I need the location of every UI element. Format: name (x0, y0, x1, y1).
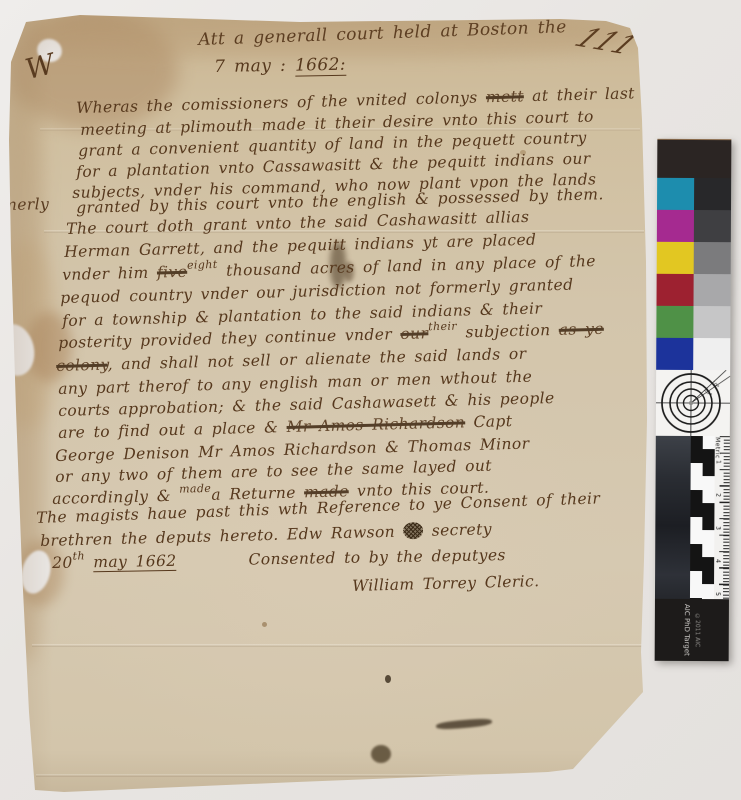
closing-line4: William Torrey Cleric. (352, 572, 540, 595)
manuscript-word-span: brethren the deputs hereto. Edw Rawson (40, 522, 404, 550)
manuscript-word-span: our (400, 324, 428, 343)
photograph-scene: Att a generall court held at Boston the7… (0, 0, 741, 800)
manuscript-word-span: mett (486, 87, 524, 106)
manuscript-word-span: 20 (52, 554, 73, 572)
manuscript-word-span: colony (56, 356, 108, 375)
gray-patch (693, 306, 730, 338)
ruler-scale: Metric 12345 (690, 436, 730, 599)
target-color-rows (656, 178, 731, 370)
manuscript-word-span: 1662: (295, 55, 346, 77)
gray-patch (694, 242, 731, 274)
manuscript-text-layer: Att a generall court held at Boston the7… (0, 0, 741, 800)
gray-patch (693, 338, 730, 370)
ruler-checkerboard-a (690, 436, 703, 599)
manuscript-word-span: five (157, 263, 188, 282)
ruler-dark-film (655, 436, 691, 599)
manuscript-word-span: subjection (457, 321, 559, 342)
bullseye-resolution-target: 10° 20° (656, 370, 730, 436)
target-patch-row-2 (657, 210, 731, 242)
ruler-number-1: 1 (715, 460, 722, 464)
closing-line2: brethren the deputs hereto. Edw Rawson s… (40, 520, 492, 550)
manuscript-word-span: Att a generall court held at Boston the (198, 17, 567, 50)
manuscript-word-span: William Torrey Cleric. (352, 572, 540, 595)
heading-line-2: 7 may : 1662: (214, 55, 346, 77)
manuscript-word-span: 7 may : (214, 56, 295, 77)
manuscript-paper: Att a generall court held at Boston the7… (0, 0, 741, 800)
spacer (177, 565, 249, 566)
ruler-checkerboard-b (702, 436, 715, 599)
manuscript-word-span: Mr Amos Richardson (286, 413, 465, 436)
manuscript-word-span: as ye (559, 320, 605, 339)
target-ruler-section: Metric 12345 (655, 436, 730, 599)
target-copyright: ©2011 AIC (694, 613, 701, 647)
manuscript-word-span: made (179, 482, 211, 496)
target-black-patch (657, 140, 731, 178)
gray-patch (694, 178, 731, 210)
ink-blot (403, 522, 423, 540)
manuscript-word-span: Consented to by the deputyes (248, 546, 506, 568)
heading-line-1: Att a generall court held at Boston the (198, 17, 567, 50)
manuscript-word-span: secrety (423, 520, 492, 540)
closing-line3: 20th may 1662Consented to by the deputye… (52, 546, 506, 572)
ruler-number-3: 3 (714, 526, 721, 530)
target-patch-row-4 (657, 274, 731, 306)
target-patch-row-6 (656, 338, 730, 370)
target-patch-row-3 (657, 242, 731, 274)
target-brand-section: AIC PhD Target ©2011 AIC (655, 599, 729, 661)
manuscript-word-span: eight (187, 258, 218, 272)
manuscript-word-span: Capt (465, 412, 513, 431)
manuscript-word-span: are to find out a place & (58, 418, 287, 442)
color-patch (657, 274, 694, 306)
gray-patch (694, 210, 731, 242)
manuscript-word-span: posterity provided they continue vnder (58, 325, 401, 352)
aic-color-calibration-target: 10° 20° Metric 12345 AIC PhD Target ©201… (655, 139, 732, 664)
manuscript-word-span: th (72, 549, 85, 562)
color-patch (656, 338, 693, 370)
manuscript-word-span: at their last (524, 84, 635, 105)
manuscript-word-span: W (22, 47, 58, 86)
ruler-number-4: 4 (714, 559, 721, 563)
color-patch (657, 210, 694, 242)
target-patch-row-1 (657, 178, 731, 210)
manuscript-word-span: vnder him (62, 264, 157, 284)
target-brand-name: AIC PhD Target (683, 604, 691, 656)
gray-patch (694, 274, 731, 306)
color-patch (657, 242, 694, 274)
ruler-number-5: 5 (714, 592, 721, 596)
color-patch (656, 306, 693, 338)
ruler-number-2: 2 (715, 493, 722, 497)
color-patch (657, 178, 694, 210)
manuscript-word-span: their (428, 320, 457, 334)
target-patch-row-5 (656, 306, 730, 338)
ink-mark-w: W (22, 47, 58, 86)
target-bullseye-section: 10° 20° (656, 370, 730, 436)
manuscript-word-span: may 1662 (93, 552, 177, 572)
